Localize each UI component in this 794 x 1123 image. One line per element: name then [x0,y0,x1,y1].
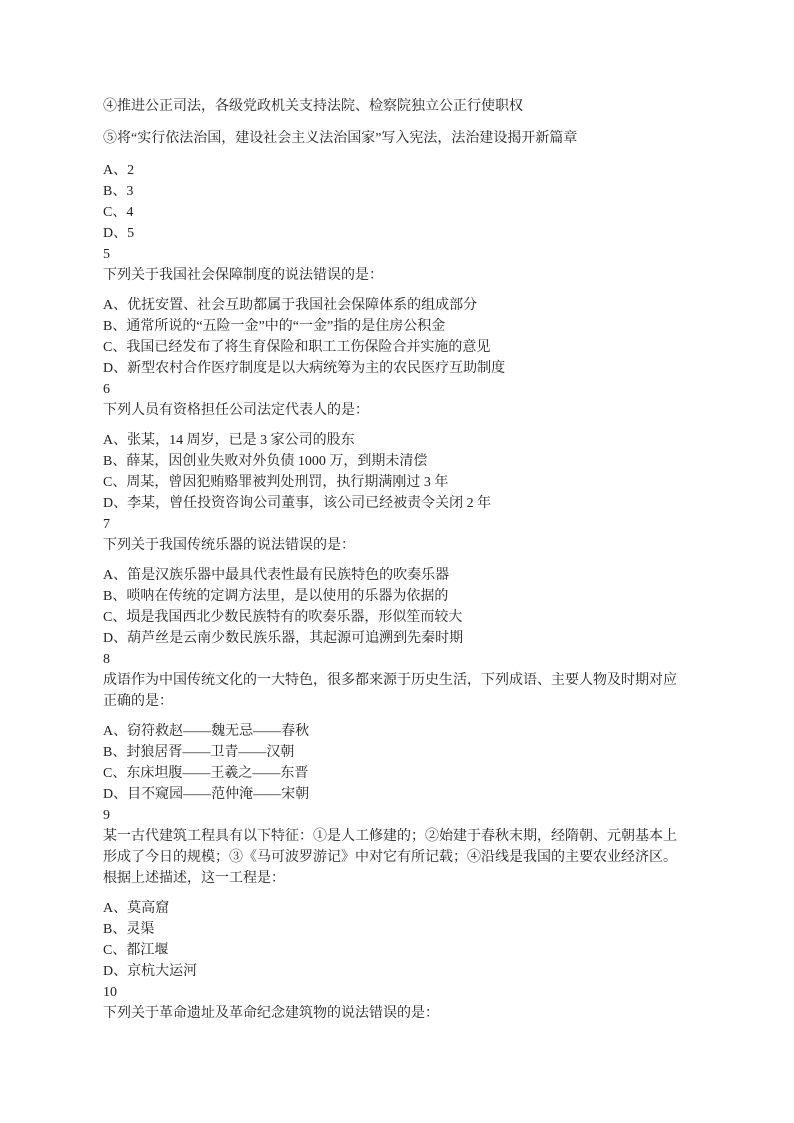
option-line: A、张某，14 周岁，已是 3 家公司的股东 [103,430,706,451]
question-stem-line: 形成了今日的规模；③《马可波罗游记》中对它有所记载；④沿线是我国的主要农业经济区… [103,847,706,868]
options-list: A、2B、3C、4D、5 [103,160,706,244]
question-stem-line: 下列关于我国社会保障制度的说法错误的是： [103,265,706,286]
option-line: B、封狼居胥——卫青——汉朝 [103,742,706,763]
statement-line: ⑤将“实行依法治国，建设社会主义法治国家”写入宪法，法治建设揭开新篇章 [103,128,706,149]
question-stem-line: 根据上述描述，这一工程是： [103,868,706,889]
option-line: C、我国已经发布了将生育保险和职工工伤保险合并实施的意见 [103,337,706,358]
statement-line: ④推进公正司法，各级党政机关支持法院、检察院独立公正行使职权 [103,96,706,117]
option-line: D、葫芦丝是云南少数民族乐器，其起源可追溯到先秦时期 [103,628,706,649]
option-line: A、优抚安置、社会互助都属于我国社会保障体系的组成部分 [103,295,706,316]
question-block: 10下列关于革命遗址及革命纪念建筑物的说法错误的是： [103,982,706,1024]
question-stem-line: 正确的是： [103,691,706,712]
option-line: A、窃符救赵——魏无忌——春秋 [103,721,706,742]
question-stem-line: 成语作为中国传统文化的一大特色，很多都来源于历史生活，下列成语、主要人物及时期对… [103,670,706,691]
question-block: 7下列关于我国传统乐器的说法错误的是：A、笛是汉族乐器中最具代表性最有民族特色的… [103,514,706,649]
option-line: C、埙是我国西北少数民族特有的吹奏乐器，形似笙而较大 [103,607,706,628]
question-number: 5 [103,244,706,265]
option-line: A、2 [103,160,706,181]
question-number: 6 [103,379,706,400]
question-stem-line: 下列人员有资格担任公司法定代表人的是： [103,400,706,421]
question-stem-line: 下列关于革命遗址及革命纪念建筑物的说法错误的是： [103,1003,706,1024]
option-line: D、新型农村合作医疗制度是以大病统筹为主的农民医疗互助制度 [103,358,706,379]
question-number: 8 [103,649,706,670]
option-line: B、通常所说的“五险一金”中的“一金”指的是住房公积金 [103,316,706,337]
document-page: ④推进公正司法，各级党政机关支持法院、检察院独立公正行使职权⑤将“实行依法治国，… [0,0,794,1123]
option-line: D、京杭大运河 [103,961,706,982]
question-block: 8成语作为中国传统文化的一大特色，很多都来源于历史生活，下列成语、主要人物及时期… [103,649,706,805]
question-number: 7 [103,514,706,535]
option-line: D、目不窥园——范仲淹——宋朝 [103,784,706,805]
option-line: A、莫高窟 [103,898,706,919]
question-block: 5下列关于我国社会保障制度的说法错误的是：A、优抚安置、社会互助都属于我国社会保… [103,244,706,379]
options-list: A、张某，14 周岁，已是 3 家公司的股东B、薛某，因创业失败对外负债 100… [103,430,706,514]
option-line: B、薛某，因创业失败对外负债 1000 万，到期未清偿 [103,451,706,472]
carryover-question-block: ④推进公正司法，各级党政机关支持法院、检察院独立公正行使职权⑤将“实行依法治国，… [103,96,706,244]
question-stem-line: 下列关于我国传统乐器的说法错误的是： [103,535,706,556]
option-line: C、东床坦腹——王羲之——东晋 [103,763,706,784]
options-list: A、优抚安置、社会互助都属于我国社会保障体系的组成部分B、通常所说的“五险一金”… [103,295,706,379]
option-line: D、5 [103,223,706,244]
option-line: C、4 [103,202,706,223]
question-block: 6下列人员有资格担任公司法定代表人的是：A、张某，14 周岁，已是 3 家公司的… [103,379,706,514]
options-list: A、莫高窟B、灵渠C、都江堰D、京杭大运河 [103,898,706,982]
option-line: B、唢呐在传统的定调方法里，是以使用的乐器为依据的 [103,586,706,607]
option-line: C、周某，曾因犯贿赂罪被判处刑罚，执行期满刚过 3 年 [103,472,706,493]
option-line: D、李某，曾任投资咨询公司董事，该公司已经被责令关闭 2 年 [103,493,706,514]
option-line: B、灵渠 [103,919,706,940]
options-list: A、笛是汉族乐器中最具代表性最有民族特色的吹奏乐器B、唢呐在传统的定调方法里，是… [103,565,706,649]
question-stem-line: 某一古代建筑工程具有以下特征：①是人工修建的；②始建于春秋末期，经隋朝、元朝基本… [103,826,706,847]
option-line: C、都江堰 [103,940,706,961]
option-line: B、3 [103,181,706,202]
question-number: 9 [103,805,706,826]
option-line: A、笛是汉族乐器中最具代表性最有民族特色的吹奏乐器 [103,565,706,586]
question-number: 10 [103,982,706,1003]
question-block: 9某一古代建筑工程具有以下特征：①是人工修建的；②始建于春秋末期，经隋朝、元朝基… [103,805,706,982]
document-content: ④推进公正司法，各级党政机关支持法院、检察院独立公正行使职权⑤将“实行依法治国，… [103,96,706,1024]
options-list: A、窃符救赵——魏无忌——春秋B、封狼居胥——卫青——汉朝C、东床坦腹——王羲之… [103,721,706,805]
